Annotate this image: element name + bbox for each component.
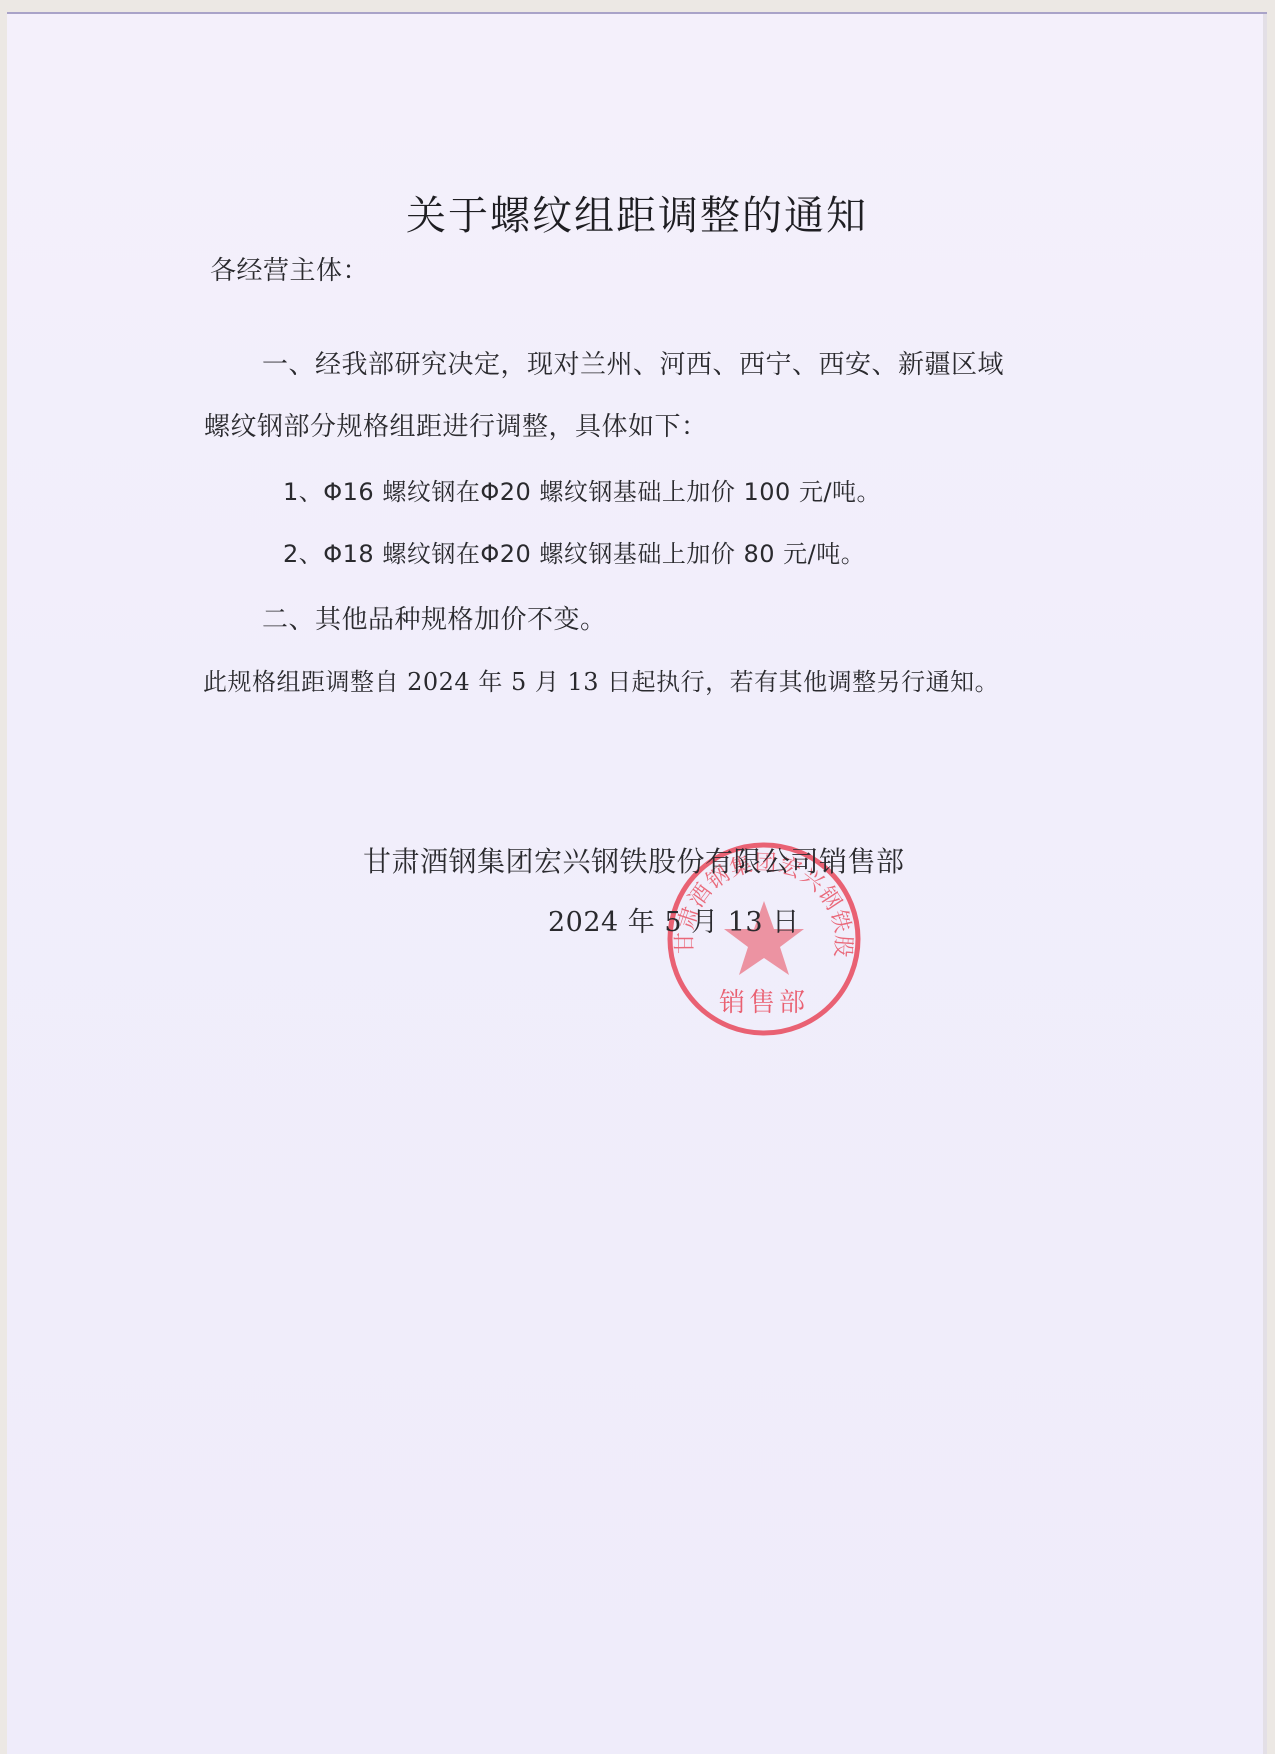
svg-text:销售部: 销售部 <box>719 988 809 1018</box>
effective-date-note: 此规格组距调整自 2024 年 5 月 13 日起执行，若有其他调整另行通知。 <box>203 662 999 697</box>
issuer-name: 甘肃酒钢集团宏兴钢铁股份有限公司销售部 <box>363 840 905 880</box>
salutation: 各经营主体： <box>210 250 369 287</box>
document-title: 关于螺纹组距调整的通知 <box>7 184 1267 241</box>
paragraph-1-line-1: 一、经我部研究决定，现对兰州、河西、西宁、西安、新疆区域 <box>262 344 1004 381</box>
item-1: 1、Φ16 螺纹钢在Φ20 螺纹钢基础上加价 100 元/吨。 <box>283 472 881 507</box>
issue-date: 2024 年 5 月 13 日 <box>548 900 800 939</box>
paragraph-1-line-2: 螺纹钢部分规格组距进行调整，具体如下： <box>204 406 708 443</box>
scanned-page: 关于螺纹组距调整的通知 各经营主体： 一、经我部研究决定，现对兰州、河西、西宁、… <box>7 12 1267 1754</box>
item-2: 2、Φ18 螺纹钢在Φ20 螺纹钢基础上加价 80 元/吨。 <box>283 534 865 569</box>
paragraph-2: 二、其他品种规格加价不变。 <box>262 599 607 636</box>
